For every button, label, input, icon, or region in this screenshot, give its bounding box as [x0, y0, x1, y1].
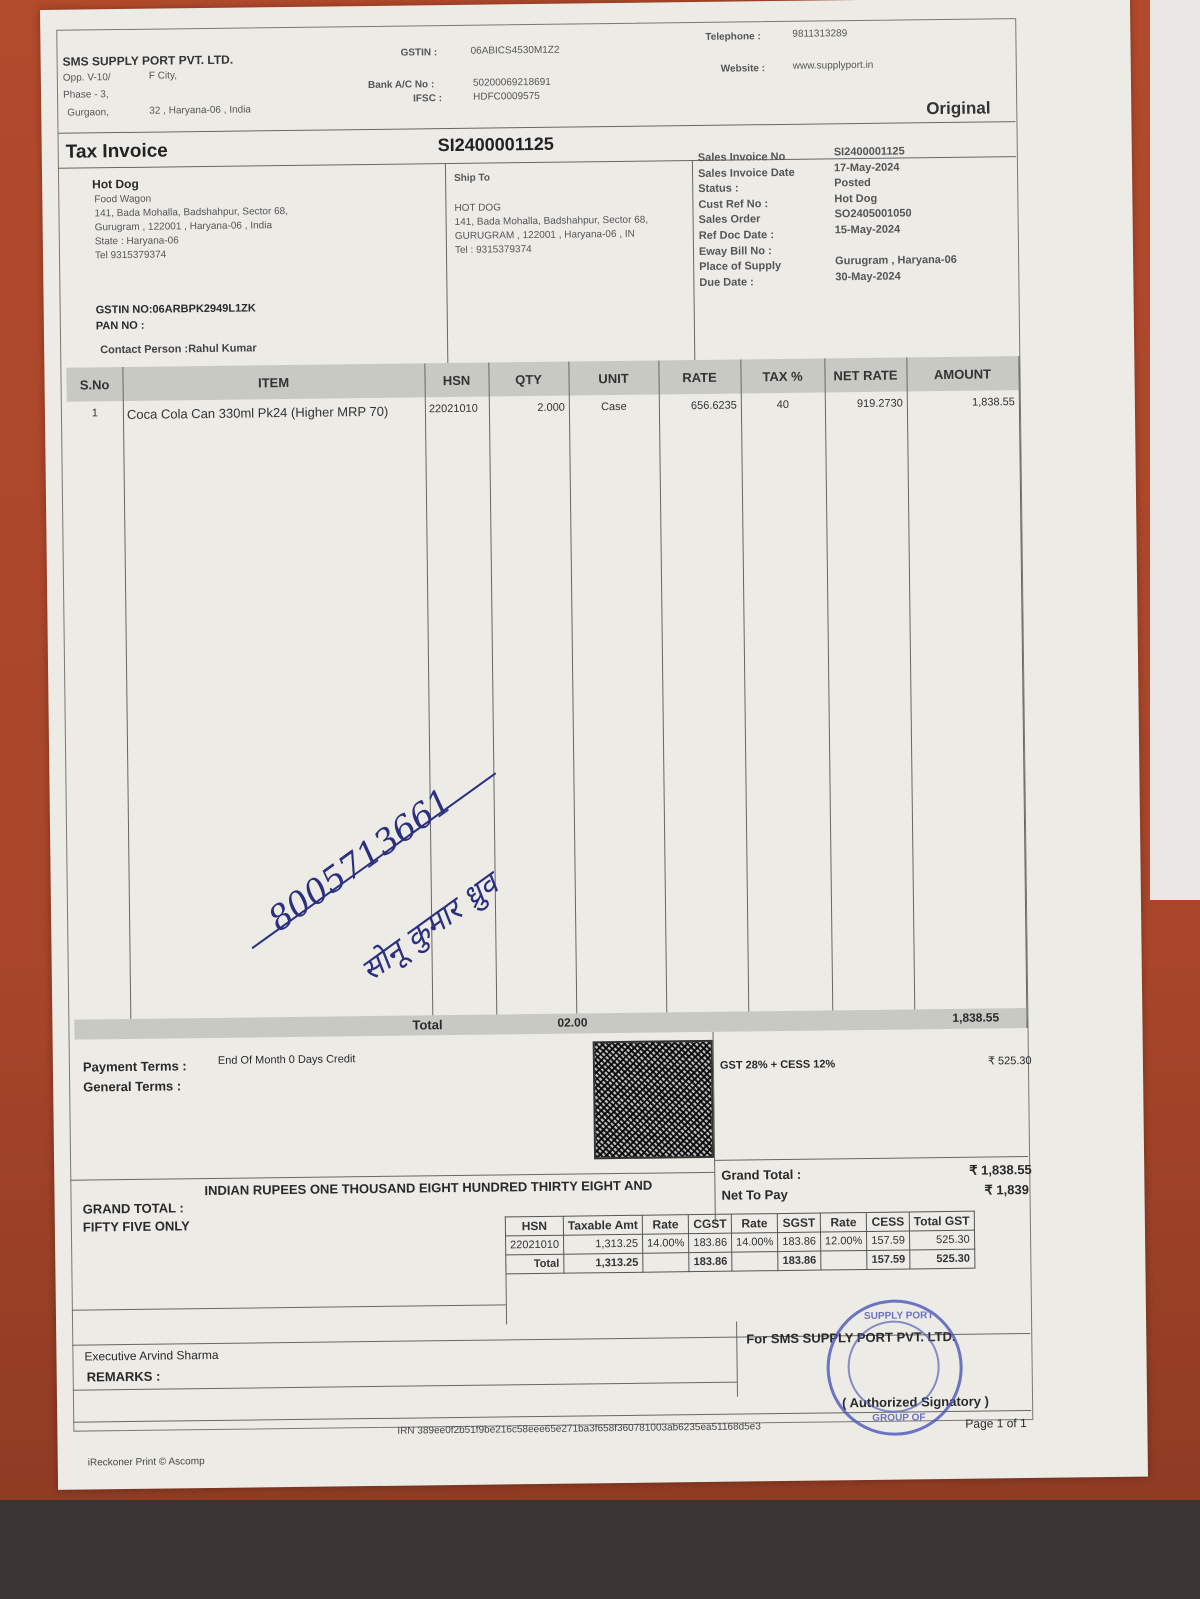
- invoice-number-heading: SI2400001125: [438, 134, 554, 156]
- item-cell-hsn: 22021010: [429, 403, 485, 416]
- ifsc-code: HDFC0009575: [473, 91, 540, 103]
- gst-cell: 157.59: [867, 1250, 910, 1270]
- ifsc-label: IFSC :: [413, 93, 442, 104]
- column-header: S.No: [66, 377, 122, 393]
- detail-label: Sales Invoice Date: [698, 166, 795, 179]
- bank-label: Bank A/C No :: [368, 79, 434, 91]
- ship-to-name: HOT DOG: [454, 202, 501, 214]
- detail-label: Sales Invoice No: [698, 151, 786, 164]
- stamp-text-top: SUPPLY PORT: [864, 1310, 934, 1322]
- detail-value: Gurugram , Haryana-06: [835, 254, 957, 267]
- gst-cell: 183.86: [689, 1233, 732, 1253]
- column-header: AMOUNT: [906, 366, 1018, 382]
- ship-to-line1: 141, Bada Mohalla, Badshahpur, Sector 68…: [455, 215, 649, 228]
- bill-to-line1: Food Wagon: [94, 194, 151, 206]
- item-cell-amount: 1,838.55: [911, 396, 1015, 409]
- gst-column-header: CGST: [689, 1214, 732, 1234]
- seller-address-2: Phase - 3,: [63, 89, 109, 101]
- amount-in-words-label: GRAND TOTAL :: [83, 1200, 184, 1216]
- stamp-text-bottom: GROUP OF: [872, 1412, 925, 1424]
- ship-to-tel: Tel : 9315379374: [455, 244, 532, 256]
- gst-column-header: Total GST: [909, 1211, 974, 1231]
- stamp-inner-ring: [847, 1320, 940, 1413]
- bill-to-name: Hot Dog: [92, 177, 139, 192]
- page-number: Page 1 of 1: [965, 1416, 1027, 1431]
- gst-cell: 525.30: [909, 1230, 974, 1250]
- gst-column-header: Rate: [731, 1214, 778, 1234]
- printer-credit: iReckoner Print © Ascomp: [88, 1456, 205, 1468]
- gst-cell: 14.00%: [731, 1233, 778, 1253]
- gstin-label: GSTIN :: [400, 47, 437, 58]
- executive-name: Executive Arvind Sharma: [84, 1348, 218, 1364]
- bill-to-state: State : Haryana-06: [95, 235, 179, 247]
- detail-label: Eway Bill No :: [699, 245, 772, 258]
- gst-column-header: HSN: [505, 1216, 563, 1236]
- floor-shadow: [0, 1500, 1200, 1599]
- gst-cell: [643, 1253, 690, 1273]
- item-cell-unit: Case: [573, 401, 655, 414]
- column-header: TAX %: [740, 368, 824, 384]
- items-total-amount: 1,838.55: [952, 1010, 999, 1025]
- detail-value: 15-May-2024: [835, 224, 901, 237]
- seller-address-1: Opp. V-10/: [63, 72, 111, 84]
- item-cell-sno: 1: [71, 407, 119, 420]
- detail-value: Posted: [834, 177, 871, 189]
- column-header: RATE: [658, 369, 740, 385]
- gst-cell: 183.86: [689, 1252, 732, 1272]
- detail-label: Ref Doc Date :: [699, 229, 774, 242]
- gst-cell: 183.86: [778, 1232, 821, 1252]
- payment-terms-label: Payment Terms :: [83, 1058, 187, 1074]
- detail-value: Hot Dog: [834, 193, 877, 206]
- website-label: Website :: [721, 63, 765, 75]
- copy-label: Original: [926, 98, 990, 119]
- detail-value: 30-May-2024: [835, 270, 901, 283]
- item-cell-tax: 40: [745, 398, 821, 411]
- seller-website[interactable]: www.supplyport.in: [793, 60, 874, 72]
- net-to-pay-label: Net To Pay: [721, 1187, 787, 1203]
- bill-to-gstin: GSTIN NO:06ARBPK2949L1ZK: [96, 302, 256, 316]
- document-title: Tax Invoice: [66, 140, 168, 163]
- qr-code: [593, 1040, 714, 1159]
- gst-cell: [821, 1250, 868, 1270]
- seller-address-1b: F City,: [149, 70, 177, 81]
- detail-value: SO2405001050: [834, 208, 911, 221]
- item-cell-rate: 656.6235: [663, 400, 737, 413]
- seller-address-3: Gurgaon,: [67, 107, 109, 119]
- gst-cell: 12.00%: [820, 1231, 867, 1251]
- contact-person: Contact Person :Rahul Kumar: [100, 342, 257, 356]
- ship-to-label: Ship To: [454, 173, 490, 184]
- gst-column-header: CESS: [866, 1212, 909, 1232]
- gst-cell: 22021010: [506, 1235, 564, 1255]
- gst-cell: 157.59: [867, 1231, 910, 1251]
- column-header: QTY: [488, 372, 568, 388]
- detail-label: Due Date :: [699, 276, 754, 289]
- remarks-label: REMARKS :: [87, 1369, 161, 1385]
- items-total-qty: 02.00: [557, 1015, 587, 1029]
- tax-summary-value: ₹ 525.30: [988, 1054, 1032, 1068]
- column-header: HSN: [424, 373, 488, 389]
- net-to-pay-value: ₹ 1,839: [984, 1182, 1029, 1199]
- items-total-label: Total: [412, 1017, 442, 1032]
- item-cell-qty: 2.000: [493, 402, 565, 415]
- gst-cell: [732, 1252, 779, 1272]
- seller-gstin: 06ABICS4530M1Z2: [470, 45, 559, 57]
- detail-label: Sales Order: [699, 214, 761, 227]
- seller-name: SMS SUPPLY PORT PVT. LTD.: [63, 53, 234, 69]
- general-terms-label: General Terms :: [83, 1078, 181, 1094]
- grand-total-label: Grand Total :: [721, 1167, 801, 1183]
- item-cell-net-rate: 919.2730: [829, 397, 903, 410]
- gst-cell: 1,313.25: [563, 1234, 642, 1254]
- bank-account: 50200069218691: [473, 77, 551, 89]
- gst-breakup-table: HSNTaxable AmtRateCGSTRateSGSTRateCESSTo…: [505, 1211, 975, 1275]
- gst-cell: 1,313.25: [564, 1253, 643, 1273]
- grand-total-value: ₹ 1,838.55: [969, 1162, 1032, 1179]
- gst-cell: 183.86: [778, 1251, 821, 1271]
- detail-value: SI2400001125: [834, 145, 905, 158]
- column-header: NET RATE: [824, 367, 906, 383]
- invoice-sheet: SMS SUPPLY PORT PVT. LTD. Opp. V-10/ F C…: [40, 0, 1148, 1490]
- gst-column-header: Taxable Amt: [563, 1215, 642, 1235]
- seller-telephone: 9811313289: [792, 28, 847, 40]
- gst-cell: 525.30: [910, 1249, 975, 1269]
- column-header: UNIT: [568, 370, 658, 386]
- detail-label: Place of Supply: [699, 260, 781, 273]
- telephone-label: Telephone :: [705, 31, 761, 43]
- tax-summary-label: GST 28% + CESS 12%: [720, 1058, 835, 1071]
- gst-cell: 14.00%: [642, 1234, 689, 1254]
- detail-label: Status :: [698, 183, 738, 195]
- bill-to-line3: Gurugram , 122001 , Haryana-06 , India: [95, 220, 272, 233]
- background-paper: [1150, 0, 1200, 900]
- seller-address-3b: 32 , Haryana-06 , India: [149, 104, 251, 116]
- gst-column-header: SGST: [778, 1213, 821, 1233]
- bill-to-pan: PAN NO :: [96, 320, 145, 333]
- gst-column-header: Rate: [642, 1215, 689, 1235]
- bill-to-tel: Tel 9315379374: [95, 249, 166, 261]
- gst-cell: Total: [506, 1254, 564, 1274]
- amount-in-words-line2: FIFTY FIVE ONLY: [83, 1218, 190, 1234]
- ship-to-line2: GURUGRAM , 122001 , Haryana-06 , IN: [455, 229, 635, 242]
- payment-terms-value: End Of Month 0 Days Credit: [218, 1053, 356, 1067]
- detail-value: 17-May-2024: [834, 161, 900, 174]
- gst-column-header: Rate: [820, 1212, 867, 1232]
- detail-label: Cust Ref No :: [698, 198, 768, 211]
